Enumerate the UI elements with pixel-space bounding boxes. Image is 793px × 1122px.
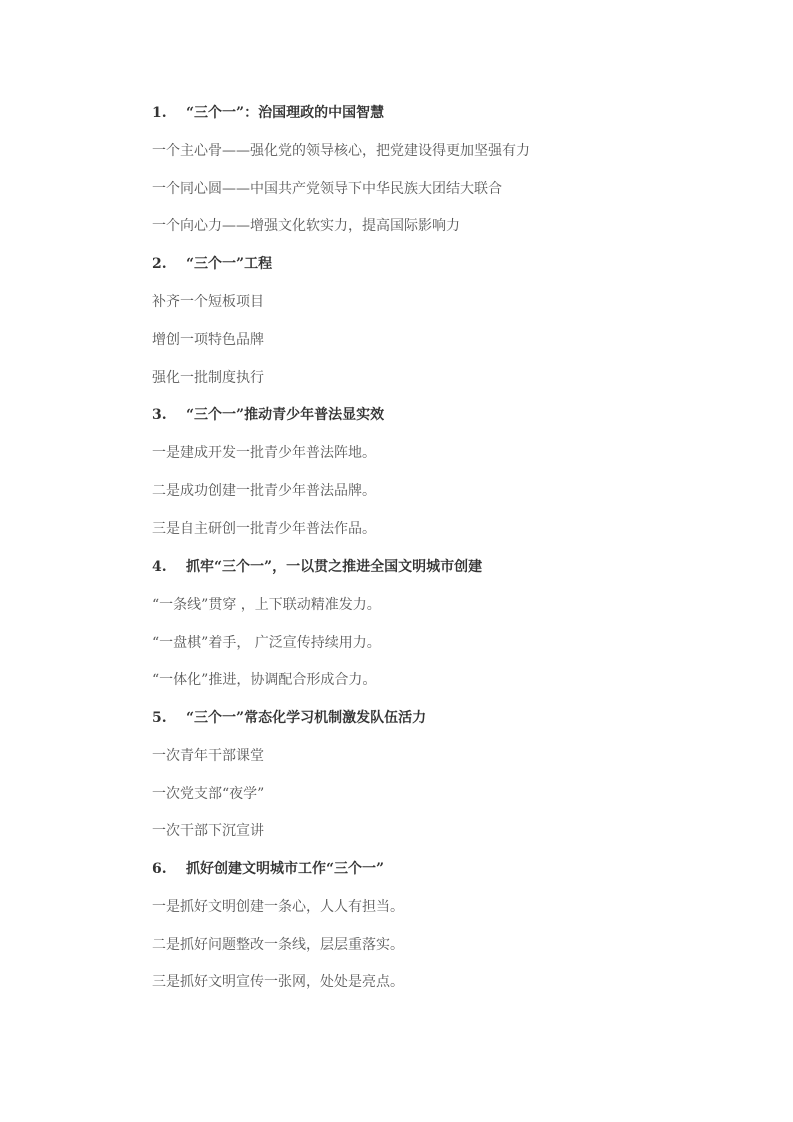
section-title: “三个一”常态化学习机制激发队伍活力 xyxy=(186,710,426,726)
list-item: “一盘棋”着手， 广泛宣传持续用力。 xyxy=(152,634,381,652)
section-number: 6. xyxy=(152,860,186,878)
section-title: 抓好创建文明城市工作“三个一” xyxy=(186,861,384,877)
list-item: “一条线”贯穿 ，上下联动精准发力。 xyxy=(152,596,381,614)
section-heading-6: 6.抓好创建文明城市工作“三个一” xyxy=(152,860,384,878)
section-number: 4. xyxy=(152,558,186,576)
list-item: 一次干部下沉宣讲 xyxy=(152,822,264,840)
section-heading-1: 1.“三个一”：治国理政的中国智慧 xyxy=(152,104,384,122)
list-item: 一个主心骨——强化党的领导核心，把党建设得更加坚强有力 xyxy=(152,142,530,160)
section-title: “三个一”：治国理政的中国智慧 xyxy=(186,105,384,121)
list-item: 增创一项特色品牌 xyxy=(152,331,264,349)
list-item: 三是抓好文明宣传一张网，处处是亮点。 xyxy=(152,973,404,991)
list-item: 一次党支部“夜学” xyxy=(152,785,264,803)
section-title: “三个一”推动青少年普法显实效 xyxy=(186,407,384,423)
section-number: 2. xyxy=(152,255,186,273)
list-item: 补齐一个短板项目 xyxy=(152,293,264,311)
list-item: “一体化”推进，协调配合形成合力。 xyxy=(152,671,376,689)
section-number: 1. xyxy=(152,104,186,122)
list-item: 一是抓好文明创建一条心，人人有担当。 xyxy=(152,898,404,916)
list-item: 一个向心力——增强文化软实力，提高国际影响力 xyxy=(152,217,460,235)
list-item: 二是成功创建一批青少年普法品牌。 xyxy=(152,482,376,500)
section-heading-3: 3.“三个一”推动青少年普法显实效 xyxy=(152,406,384,424)
section-title: “三个一”工程 xyxy=(186,256,272,272)
section-heading-5: 5.“三个一”常态化学习机制激发队伍活力 xyxy=(152,709,426,727)
list-item: 一次青年干部课堂 xyxy=(152,747,264,765)
section-heading-4: 4.抓牢“三个一”，一以贯之推进全国文明城市创建 xyxy=(152,558,482,576)
section-heading-2: 2.“三个一”工程 xyxy=(152,255,272,273)
section-number: 3. xyxy=(152,406,186,424)
section-title: 抓牢“三个一”，一以贯之推进全国文明城市创建 xyxy=(186,559,482,575)
list-item: 一是建成开发一批青少年普法阵地。 xyxy=(152,444,376,462)
list-item: 二是抓好问题整改一条线，层层重落实。 xyxy=(152,936,404,954)
list-item: 一个同心圆——中国共产党领导下中华民族大团结大联合 xyxy=(152,180,502,198)
list-item: 三是自主研创一批青少年普法作品。 xyxy=(152,520,376,538)
list-item: 强化一批制度执行 xyxy=(152,369,264,387)
section-number: 5. xyxy=(152,709,186,727)
